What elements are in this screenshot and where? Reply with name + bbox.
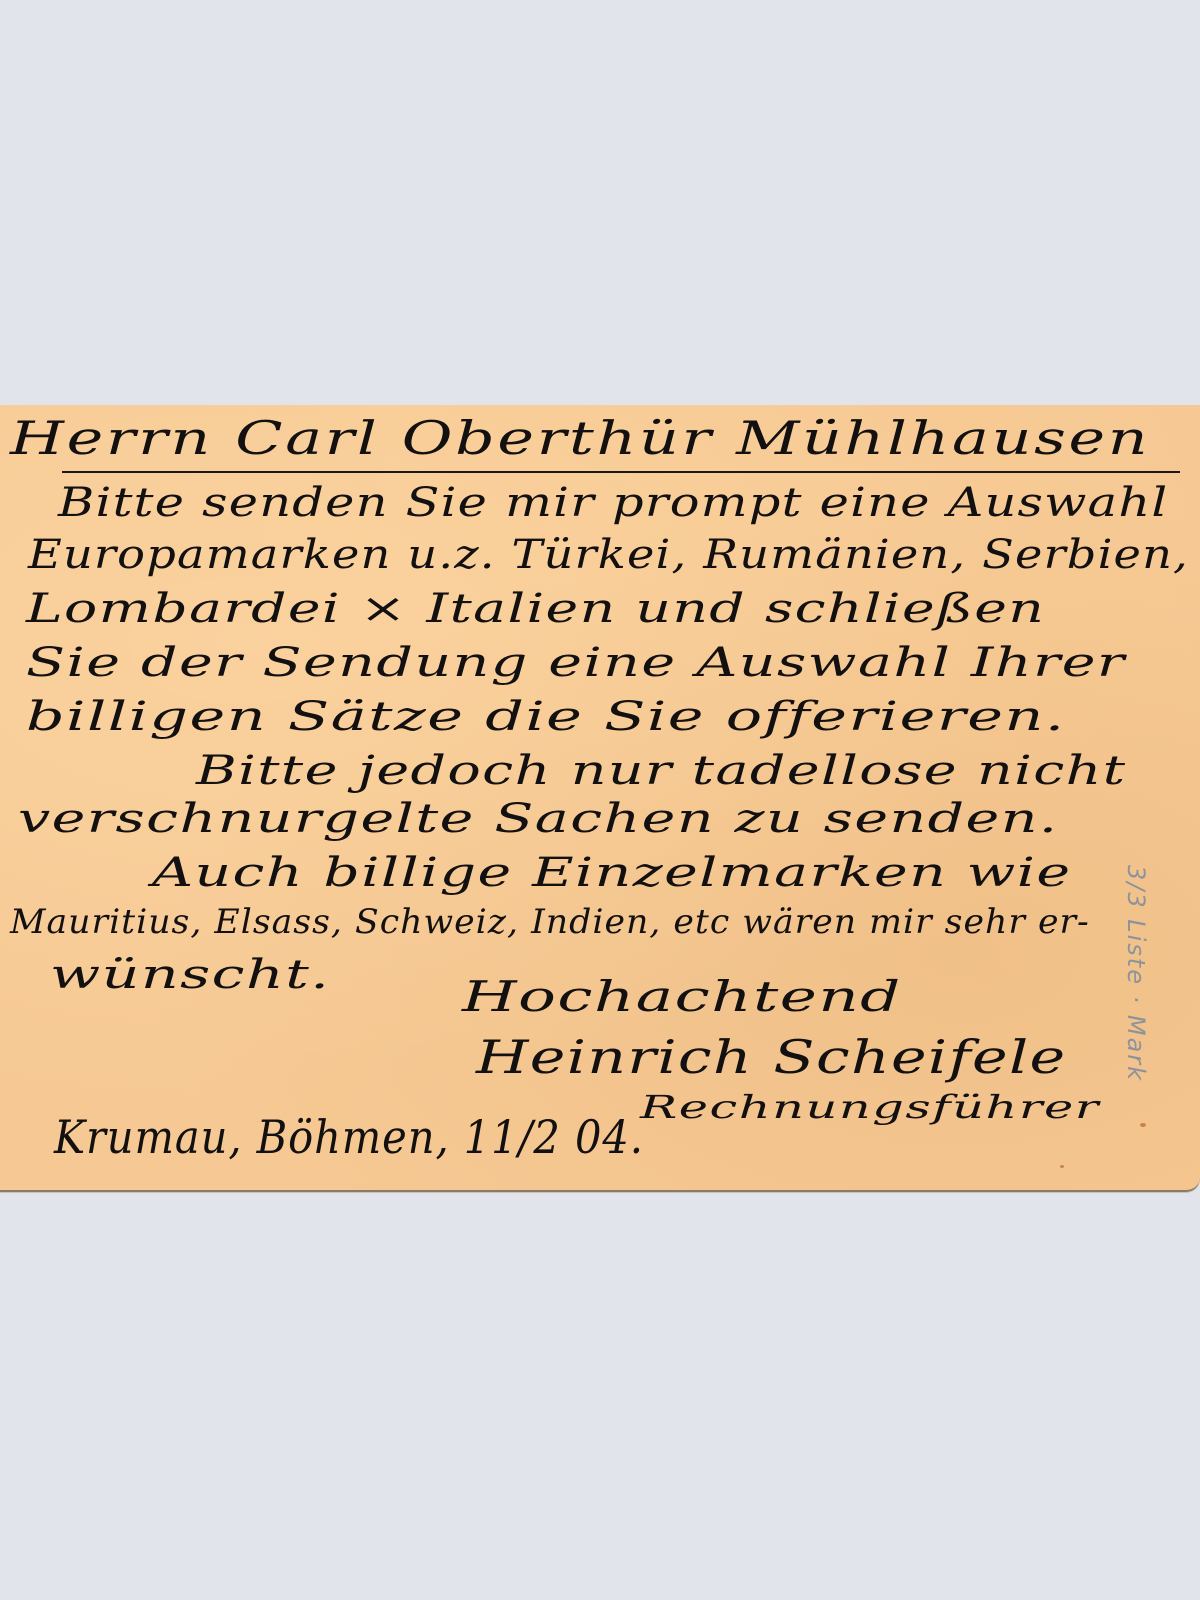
body-line: Sie der Sendung eine Auswahl Ihrer [26,640,1126,686]
signature: Heinrich Scheifele [476,1030,1066,1084]
body-line: Bitte senden Sie mir prompt eine Auswahl [58,480,1168,526]
place-date: Krumau, Böhmen, 11/2 04. [54,1110,644,1164]
body-line: verschnurgelte Sachen zu senden. [18,796,1058,842]
paper-spot [1140,1123,1146,1127]
address-underline [62,471,1180,473]
body-line: wünscht. [50,952,330,998]
address-line: Herrn Carl Oberthür Mühlhausen [10,411,1150,465]
body-line: Lombardei × Italien und schließen [26,586,1045,632]
paper-spot [1060,1165,1064,1168]
body-line: Bitte jedoch nur tadellose nicht [196,748,1126,794]
body-line: Auch billige Einzelmarken wie [152,850,1071,896]
signer-title: Rechnungsführer [640,1088,1100,1126]
body-line: Europamarken u.z. Türkei, Rumänien, Serb… [28,532,1189,578]
postcard: Herrn Carl Oberthür Mühlhausen Bitte sen… [0,405,1200,1192]
pencil-annotation: 3/3 Liste · Mark [1122,865,1150,1082]
closing: Hochachtend [462,972,902,1021]
body-line: billigen Sätze die Sie offerieren. [26,694,1066,740]
body-line: Mauritius, Elsass, Schweiz, Indien, etc … [10,902,1090,942]
